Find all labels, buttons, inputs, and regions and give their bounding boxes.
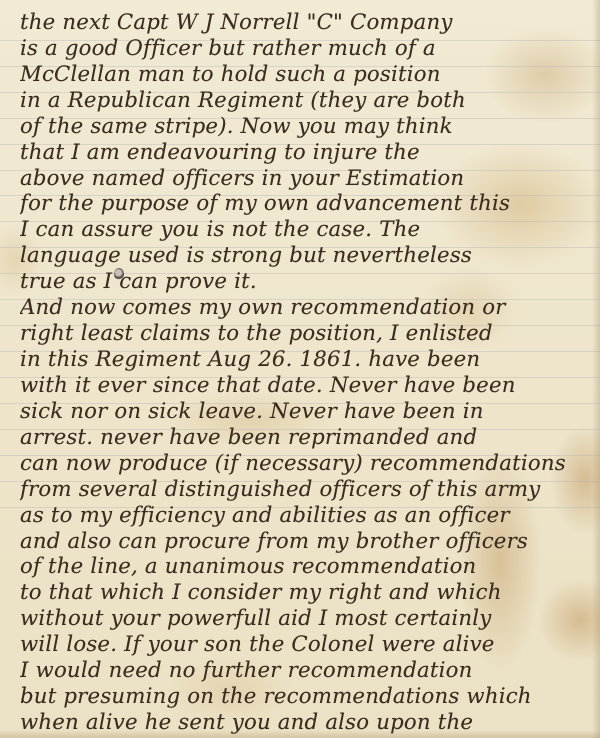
page-edge-shadow: [592, 0, 600, 738]
text-line: but presuming on the recommendations whi…: [20, 684, 594, 710]
text-line: right least claims to the position, I en…: [20, 321, 594, 347]
letter-page: the next Capt W J Norrell "C" Companyis …: [0, 0, 600, 738]
text-line: I can assure you is not the case. The: [20, 217, 594, 243]
text-line: as to my efficiency and abilities as an …: [20, 503, 594, 529]
text-line: for the purpose of my own advancement th…: [20, 191, 594, 217]
text-line: in this Regiment Aug 26. 1861. have been: [20, 347, 594, 373]
text-line: I would need no further recommendation: [20, 658, 594, 684]
text-line: from several distinguished officers of t…: [20, 477, 594, 503]
text-line: with it ever since that date. Never have…: [20, 373, 594, 399]
text-line: sick nor on sick leave. Never have been …: [20, 399, 594, 425]
text-line: the next Capt W J Norrell "C" Company: [20, 10, 594, 36]
text-line: of the same stripe). Now you may think: [20, 114, 594, 140]
text-line: arrest. never have been reprimanded and: [20, 425, 594, 451]
text-line: above named officers in your Estimation: [20, 166, 594, 192]
text-line: And now comes my own recommendation or: [20, 295, 594, 321]
text-line: and also can procure from my brother off…: [20, 529, 594, 555]
text-line: that I am endeavouring to injure the: [20, 140, 594, 166]
page-edge-shadow: [0, 730, 600, 738]
text-line: will lose. If your son the Colonel were …: [20, 632, 594, 658]
text-line: true as I can prove it.: [20, 269, 594, 295]
text-line: to that which I consider my right and wh…: [20, 580, 594, 606]
text-line: of the line, a unanimous recommendation: [20, 554, 594, 580]
text-line: McClellan man to hold such a position: [20, 62, 594, 88]
text-line: can now produce (if necessary) recommend…: [20, 451, 594, 477]
text-line: language used is strong but nevertheless: [20, 243, 594, 269]
text-line: without your powerfull aid I most certai…: [20, 606, 594, 632]
text-line: is a good Officer but rather much of a: [20, 36, 594, 62]
text-line: in a Republican Regiment (they are both: [20, 88, 594, 114]
